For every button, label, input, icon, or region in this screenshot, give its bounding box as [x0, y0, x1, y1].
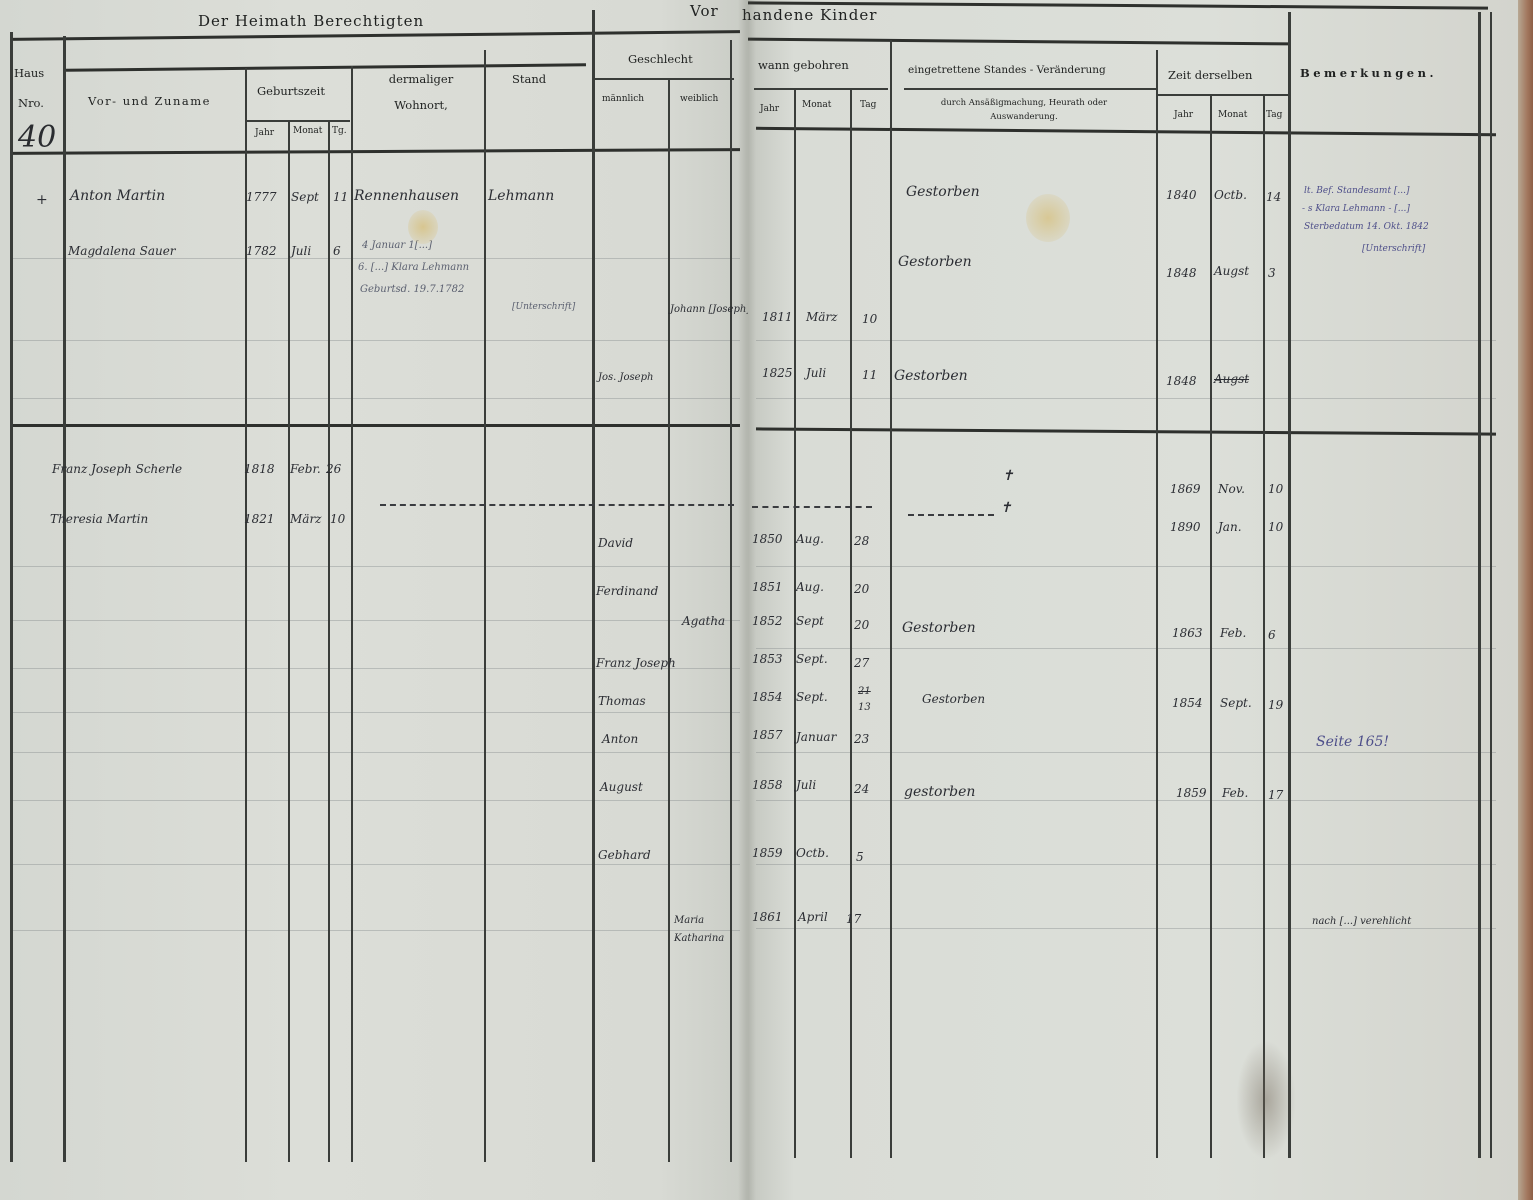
child-birth-month: Sept. [796, 690, 828, 704]
status-change: Gestorben [922, 692, 985, 706]
column-line [668, 80, 670, 1162]
header-bottom-border [10, 148, 740, 155]
father-birth-day: 26 [326, 462, 341, 476]
header-geb-tag: Tg. [332, 126, 347, 136]
change-month: Feb. [1222, 786, 1248, 800]
standes-underline [904, 88, 1156, 90]
column-line [351, 66, 353, 1162]
column-line [1156, 50, 1158, 1158]
remark-signature: [Unterschrift] [1362, 244, 1425, 254]
spread-header-part1: Vor [690, 2, 719, 20]
father-birth-month: Febr. [290, 462, 321, 476]
column-line [890, 40, 892, 1158]
book-edge [1518, 0, 1533, 1200]
child-birth-month: Juli [796, 778, 816, 792]
left-page: Der Heimath Berechtigten Haus Nro. 40 Vo… [0, 0, 748, 1200]
change-month: Feb. [1220, 626, 1246, 640]
mother-note-line3: Geburtsd. 19.7.1782 [360, 284, 464, 295]
child-name: Jos. Joseph [598, 372, 653, 383]
death-day: 10 [1268, 482, 1283, 496]
death-year: 1890 [1170, 520, 1201, 534]
child-birth-year: 1850 [752, 532, 783, 546]
death-day: 10 [1268, 520, 1283, 534]
child-birth-month: März [806, 310, 838, 324]
change-year: 1863 [1172, 626, 1203, 640]
header-zeit-tag: Tag [1266, 110, 1282, 120]
mother-note-line2: 6. [...] Klara Lehmann [358, 262, 469, 273]
death-month: Nov. [1218, 482, 1245, 496]
column-line [1210, 96, 1212, 1158]
header-standes-veraenderung: eingetrettene Standes - Veränderung [908, 64, 1106, 76]
header-bemerkungen: Bemerkungen. [1300, 66, 1437, 80]
child-birth-day: 17 [846, 912, 861, 926]
header-haus: Haus [14, 66, 44, 80]
header-maennlich: männlich [602, 94, 644, 104]
father-birth-year: 1818 [244, 462, 275, 476]
header-kind-monat: Monat [802, 100, 831, 110]
column-line [288, 120, 290, 1162]
mother-birth-day: 6 [333, 244, 341, 258]
header-top-border [10, 30, 740, 41]
child-name: August [600, 780, 643, 794]
child-birth-month: Sept. [796, 652, 828, 666]
column-line [328, 120, 330, 1162]
column-line [592, 10, 595, 1162]
child-birth-day-struck: 21 [858, 686, 871, 697]
father-name: Franz Joseph Scherle [52, 462, 182, 476]
child-birth-month: Aug. [796, 532, 824, 546]
row-rule [756, 864, 1496, 865]
stain [1236, 1040, 1296, 1160]
row-rule [10, 566, 740, 567]
wann-gebohren-underline [754, 88, 888, 90]
death-symbol: ✝ [1000, 500, 1012, 516]
register-spread: Der Heimath Berechtigten Haus Nro. 40 Vo… [0, 0, 1533, 1200]
row-rule [10, 398, 740, 399]
column-line [1490, 12, 1492, 1158]
haus-number: 40 [18, 120, 56, 155]
family-separator [10, 424, 740, 427]
child-birth-day: 20 [854, 582, 869, 596]
child-birth-year: 1861 [752, 910, 783, 924]
child-birth-day: 10 [862, 312, 877, 326]
change-year: 1859 [1176, 786, 1207, 800]
child-birth-month: April [798, 910, 828, 924]
death-month: Jan. [1218, 520, 1242, 534]
child-birth-day: 5 [856, 850, 864, 864]
child-birth-month: Juli [806, 366, 826, 380]
right-page: handene Kinder wann gebohren Jahr Monat … [748, 0, 1518, 1200]
stain [1026, 194, 1070, 242]
row-rule [10, 712, 740, 713]
father-residence: Rennenhausen [354, 188, 459, 204]
header-weiblich: weiblich [680, 94, 718, 104]
spread-header-part2: handene Kinder [742, 6, 877, 24]
ditto-dashes [752, 506, 872, 508]
header-geb-monat: Monat [293, 126, 322, 136]
mother-birth-year: 1821 [244, 512, 275, 526]
mother-birth-year: 1782 [246, 244, 277, 258]
family-separator [756, 427, 1496, 435]
child-birth-month: Sept [796, 614, 824, 628]
column-line [1478, 12, 1481, 1158]
row-rule [10, 800, 740, 801]
header-zeit-jahr: Jahr [1174, 110, 1193, 120]
child-birth-year: 1859 [752, 846, 783, 860]
change-year: 1854 [1172, 696, 1203, 710]
header-standes-sub: durch Ansäßigmachung, Heurath oder Auswa… [914, 96, 1134, 124]
geschlecht-underline [594, 78, 734, 80]
child-name: Franz Joseph [596, 656, 676, 670]
header-geb-jahr: Jahr [255, 128, 274, 138]
column-line [850, 88, 852, 1158]
change-day: 19 [1268, 698, 1283, 712]
death-year: 1869 [1170, 482, 1201, 496]
column-line [1288, 12, 1291, 1158]
remark-line2: - s Klara Lehmann - [...] [1302, 204, 1410, 214]
child-birth-year: 1854 [752, 690, 783, 704]
row-rule [756, 752, 1496, 753]
change-month: Augst [1214, 264, 1249, 278]
header-stand: Stand [512, 72, 546, 86]
geburtszeit-underline [245, 120, 350, 122]
child-birth-month: Octb. [796, 846, 829, 860]
column-line [245, 68, 247, 1162]
change-day: 3 [1268, 266, 1276, 280]
row-rule [756, 928, 1496, 929]
child-name: David [598, 536, 633, 550]
child-birth-year: 1811 [762, 310, 793, 324]
child-name: Agatha [682, 614, 725, 628]
child-birth-day: 28 [854, 534, 869, 548]
row-rule [756, 340, 1496, 341]
book-gutter [738, 0, 756, 1200]
child-name: Maria Katharina [674, 912, 738, 948]
change-year: 1848 [1166, 266, 1197, 280]
death-symbol: ✝ [1002, 468, 1014, 484]
column-line [10, 32, 13, 1162]
child-birth-year: 1825 [762, 366, 793, 380]
change-day: 6 [1268, 628, 1276, 642]
row-rule [756, 398, 1496, 399]
mother-birth-month: März [290, 512, 322, 526]
father-birth-day: 11 [333, 190, 348, 204]
change-year: 1840 [1166, 188, 1197, 202]
mother-birth-month: Juli [291, 244, 311, 258]
row-rule [756, 800, 1496, 801]
header-wann-gebohren: wann gebohren [758, 58, 849, 72]
change-month-struck: Augst [1214, 372, 1249, 386]
change-day: 14 [1266, 190, 1281, 204]
header-group-border [748, 38, 1290, 46]
status-change: Gestorben [898, 254, 972, 270]
remark: Seite 165! [1316, 734, 1389, 750]
header-geschlecht: Geschlecht [628, 52, 693, 66]
stain [408, 210, 438, 244]
status-change: Gestorben [894, 368, 968, 384]
header-kind-jahr: Jahr [760, 104, 779, 114]
header-kind-tag: Tag [860, 100, 876, 110]
header-geburtszeit: Geburtszeit [257, 84, 325, 98]
header-bottom-border [756, 127, 1496, 136]
row-rule [756, 648, 1496, 649]
change-month: Octb. [1214, 188, 1247, 202]
child-birth-month: Januar [796, 730, 836, 744]
mother-name: Magdalena Sauer [68, 244, 176, 258]
child-birth-day: 13 [858, 702, 871, 713]
remark: nach [...] verehlicht [1312, 916, 1411, 927]
mother-note-signature: [Unterschrift] [512, 302, 575, 312]
status-change: gestorben [904, 784, 975, 800]
column-line [63, 36, 66, 1162]
father-birth-year: 1777 [246, 190, 277, 204]
father-birth-month: Sept [291, 190, 319, 204]
column-line [484, 50, 486, 1162]
child-birth-year: 1853 [752, 652, 783, 666]
change-month: Sept. [1220, 696, 1252, 710]
header-zeit-derselben: Zeit derselben [1168, 68, 1252, 82]
left-page-title: Der Heimath Berechtigten [198, 12, 424, 30]
status-change: Gestorben [906, 184, 980, 200]
row-rule [10, 340, 740, 341]
child-birth-year: 1858 [752, 778, 783, 792]
child-birth-year: 1852 [752, 614, 783, 628]
ditto-dashes [380, 504, 734, 506]
header-nro: Nro. [18, 96, 44, 110]
header-group-border [66, 63, 586, 71]
row-rule [10, 930, 740, 931]
child-birth-day: 20 [854, 618, 869, 632]
father-name: Anton Martin [70, 188, 165, 204]
child-name: Gebhard [598, 848, 651, 862]
change-year: 1848 [1166, 374, 1197, 388]
child-birth-day: 27 [854, 656, 869, 670]
child-birth-day: 23 [854, 732, 869, 746]
deceased-mark: + [36, 192, 48, 208]
child-birth-day: 24 [854, 782, 869, 796]
father-stand: Lehmann [488, 188, 554, 204]
row-rule [10, 864, 740, 865]
remark-line3: Sterbedatum 14. Okt. 1842 [1304, 222, 1429, 232]
remark-line1: lt. Bef. Standesamt [...] [1304, 186, 1410, 196]
mother-birth-day: 10 [330, 512, 345, 526]
column-line [730, 40, 732, 1162]
header-zeit-monat: Monat [1218, 110, 1247, 120]
row-rule [10, 620, 740, 621]
row-rule [10, 258, 740, 259]
mother-name: Theresia Martin [50, 512, 148, 526]
child-birth-day: 11 [862, 368, 877, 382]
row-rule [10, 752, 740, 753]
status-change: Gestorben [902, 620, 976, 636]
header-wohnort: dermaliger Wohnort, [366, 66, 476, 118]
child-birth-year: 1851 [752, 580, 783, 594]
ditto-dashes [908, 514, 994, 516]
child-name: Thomas [598, 694, 646, 708]
zeit-underline [1158, 94, 1288, 96]
child-birth-month: Aug. [796, 580, 824, 594]
child-name: Ferdinand [596, 584, 658, 598]
header-name: Vor- und Zuname [88, 94, 211, 108]
change-day: 17 [1268, 788, 1283, 802]
child-name: Anton [602, 732, 638, 746]
child-birth-year: 1857 [752, 728, 783, 742]
row-rule [756, 566, 1496, 567]
column-line [1263, 96, 1265, 1158]
